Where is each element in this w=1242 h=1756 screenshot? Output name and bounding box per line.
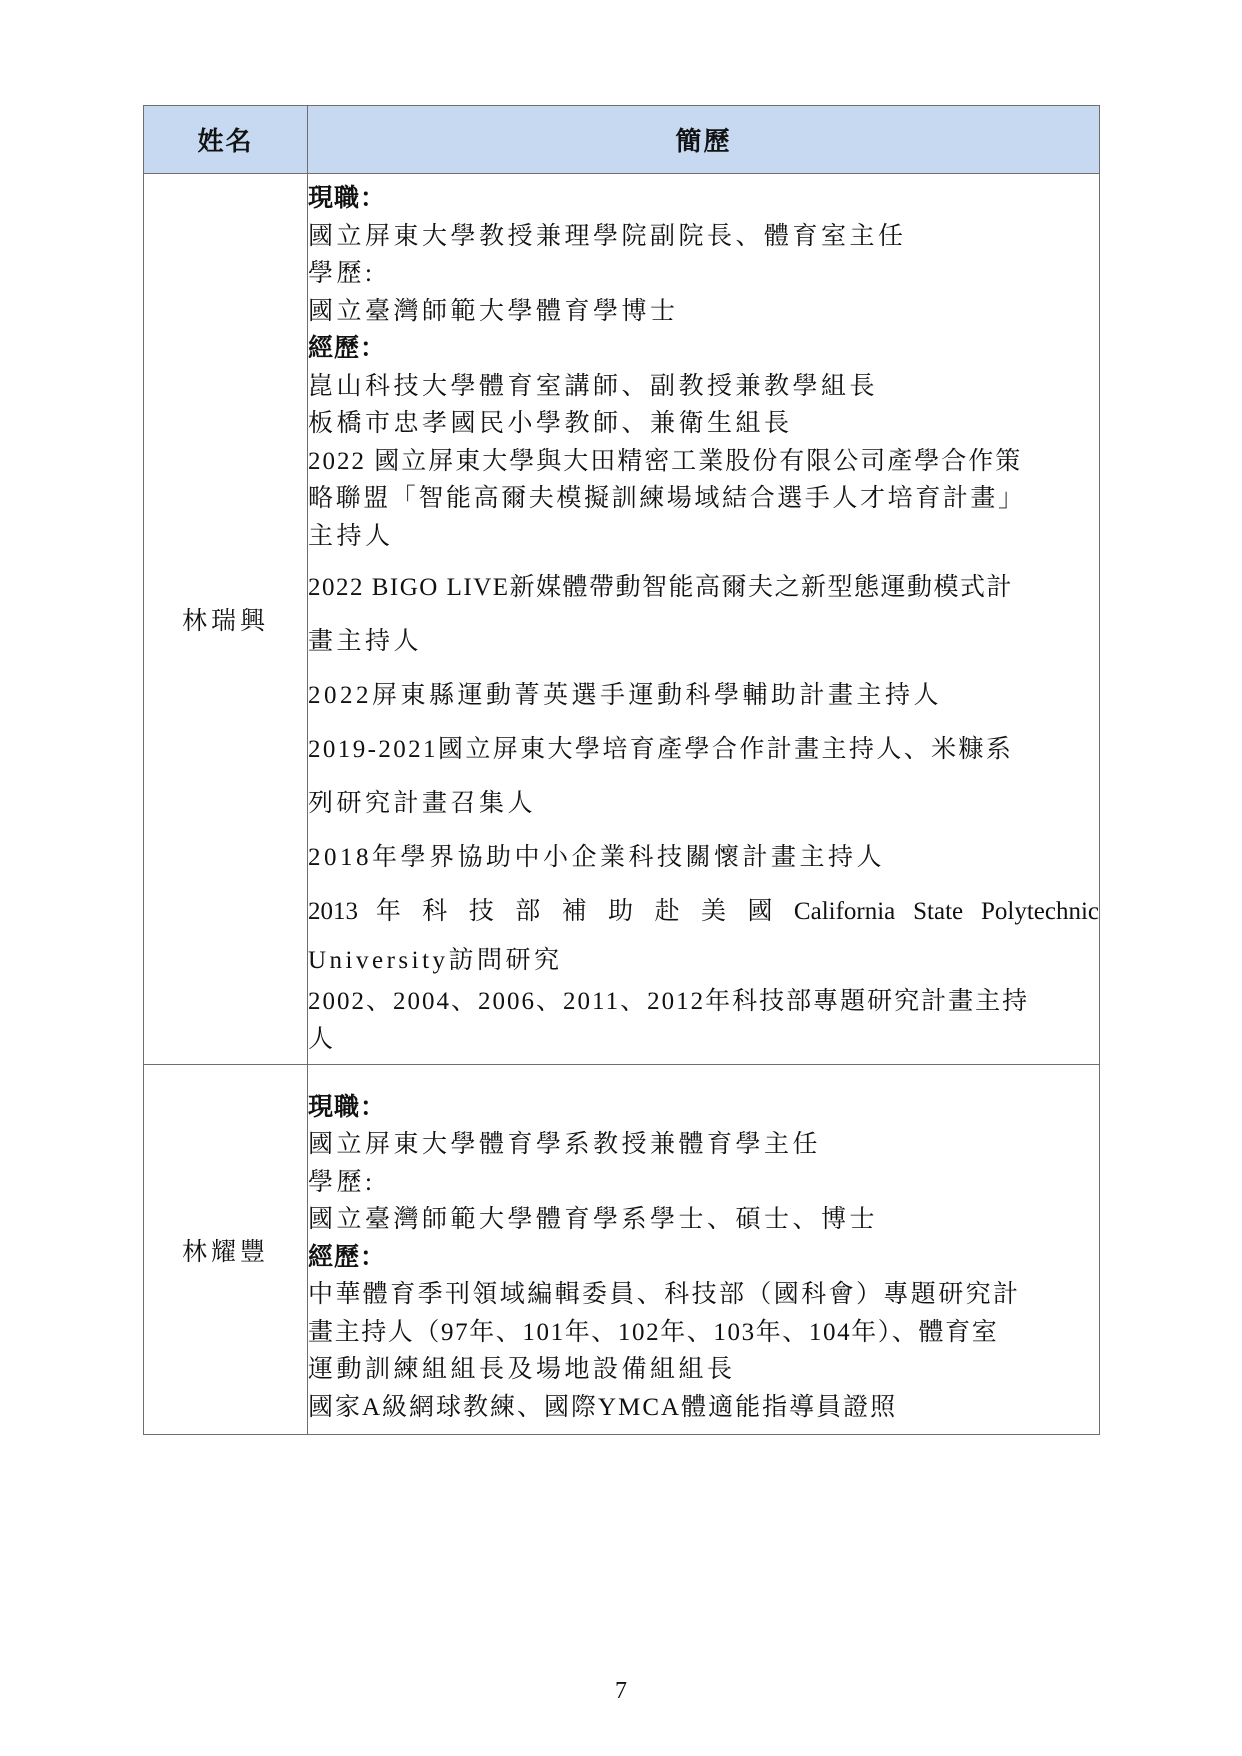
current-position-label: 現職： <box>308 180 1099 218</box>
experience-line: 2019-2021國立屏東大學培育產學合作計畫主持人、米糠系 <box>308 723 1099 777</box>
person-name: 林瑞興 <box>144 174 308 1065</box>
bio-table: 姓名 簡歷 林瑞興 現職： 國立屏東大學教授兼理學院副院長、體育室主任 學歷: … <box>143 105 1100 1435</box>
experience-line: 人 <box>308 1021 1099 1059</box>
experience-line: 中華體育季刊領域編輯委員、科技部（國科會）專題研究計 <box>308 1276 1099 1314</box>
experience-line: 2022屏東縣運動菁英選手運動科學輔助計畫主持人 <box>308 669 1099 723</box>
experience-line: 主持人 <box>308 518 1099 556</box>
experience-line: 崑山科技大學體育室講師、副教授兼教學組長 <box>308 368 1099 406</box>
experience-line: 2013 年 科 技 部 補 助 赴 美 國 California State … <box>308 885 1099 939</box>
education: 國立臺灣師範大學體育學系學士、碩士、博士 <box>308 1201 1099 1239</box>
table-row: 林耀豐 現職： 國立屏東大學體育學系教授兼體育學主任 學歷: 國立臺灣師範大學體… <box>144 1065 1100 1435</box>
experience-line: 略聯盟「智能高爾夫模擬訓練場域結合選手人才培育計畫」 <box>308 480 1099 518</box>
bio-cell: 現職： 國立屏東大學體育學系教授兼體育學主任 學歷: 國立臺灣師範大學體育學系學… <box>308 1065 1100 1435</box>
education-label: 學歷: <box>308 255 1099 293</box>
table-header-row: 姓名 簡歷 <box>144 106 1100 174</box>
experience-line: 板橋市忠孝國民小學教師、兼衛生組長 <box>308 405 1099 443</box>
person-name: 林耀豐 <box>144 1065 308 1435</box>
page-number: 7 <box>0 1678 1242 1705</box>
experience-label: 經歷： <box>308 1239 1099 1277</box>
experience-line: University訪問研究 <box>308 939 1099 983</box>
experience-line: 畫主持人 <box>308 615 1099 669</box>
current-position: 國立屏東大學教授兼理學院副院長、體育室主任 <box>308 218 1099 256</box>
header-name: 姓名 <box>144 106 308 174</box>
experience-line: 2022 BIGO LIVE新媒體帶動智能高爾夫之新型態運動模式計 <box>308 561 1099 615</box>
experience-line: 2018年學界協助中小企業科技關懷計畫主持人 <box>308 831 1099 885</box>
education-label: 學歷: <box>308 1164 1099 1202</box>
experience-line: 2002、2004、2006、2011、2012年科技部專題研究計畫主持 <box>308 983 1099 1021</box>
experience-line: 運動訓練組組長及場地設備組組長 <box>308 1351 1099 1389</box>
current-position-label: 現職： <box>308 1089 1099 1127</box>
bio-cell: 現職： 國立屏東大學教授兼理學院副院長、體育室主任 學歷: 國立臺灣師範大學體育… <box>308 174 1100 1065</box>
experience-line: 2022 國立屏東大學與大田精密工業股份有限公司產學合作策 <box>308 443 1099 481</box>
experience-line: 列研究計畫召集人 <box>308 777 1099 831</box>
experience-label: 經歷： <box>308 330 1099 368</box>
header-bio: 簡歷 <box>308 106 1100 174</box>
table-row: 林瑞興 現職： 國立屏東大學教授兼理學院副院長、體育室主任 學歷: 國立臺灣師範… <box>144 174 1100 1065</box>
document-page: 姓名 簡歷 林瑞興 現職： 國立屏東大學教授兼理學院副院長、體育室主任 學歷: … <box>0 0 1242 1756</box>
current-position: 國立屏東大學體育學系教授兼體育學主任 <box>308 1126 1099 1164</box>
experience-line: 國家A級網球教練、國際YMCA體適能指導員證照 <box>308 1389 1099 1427</box>
education: 國立臺灣師範大學體育學博士 <box>308 293 1099 331</box>
experience-line: 畫主持人（97年、101年、102年、103年、104年）、體育室 <box>308 1314 1099 1352</box>
